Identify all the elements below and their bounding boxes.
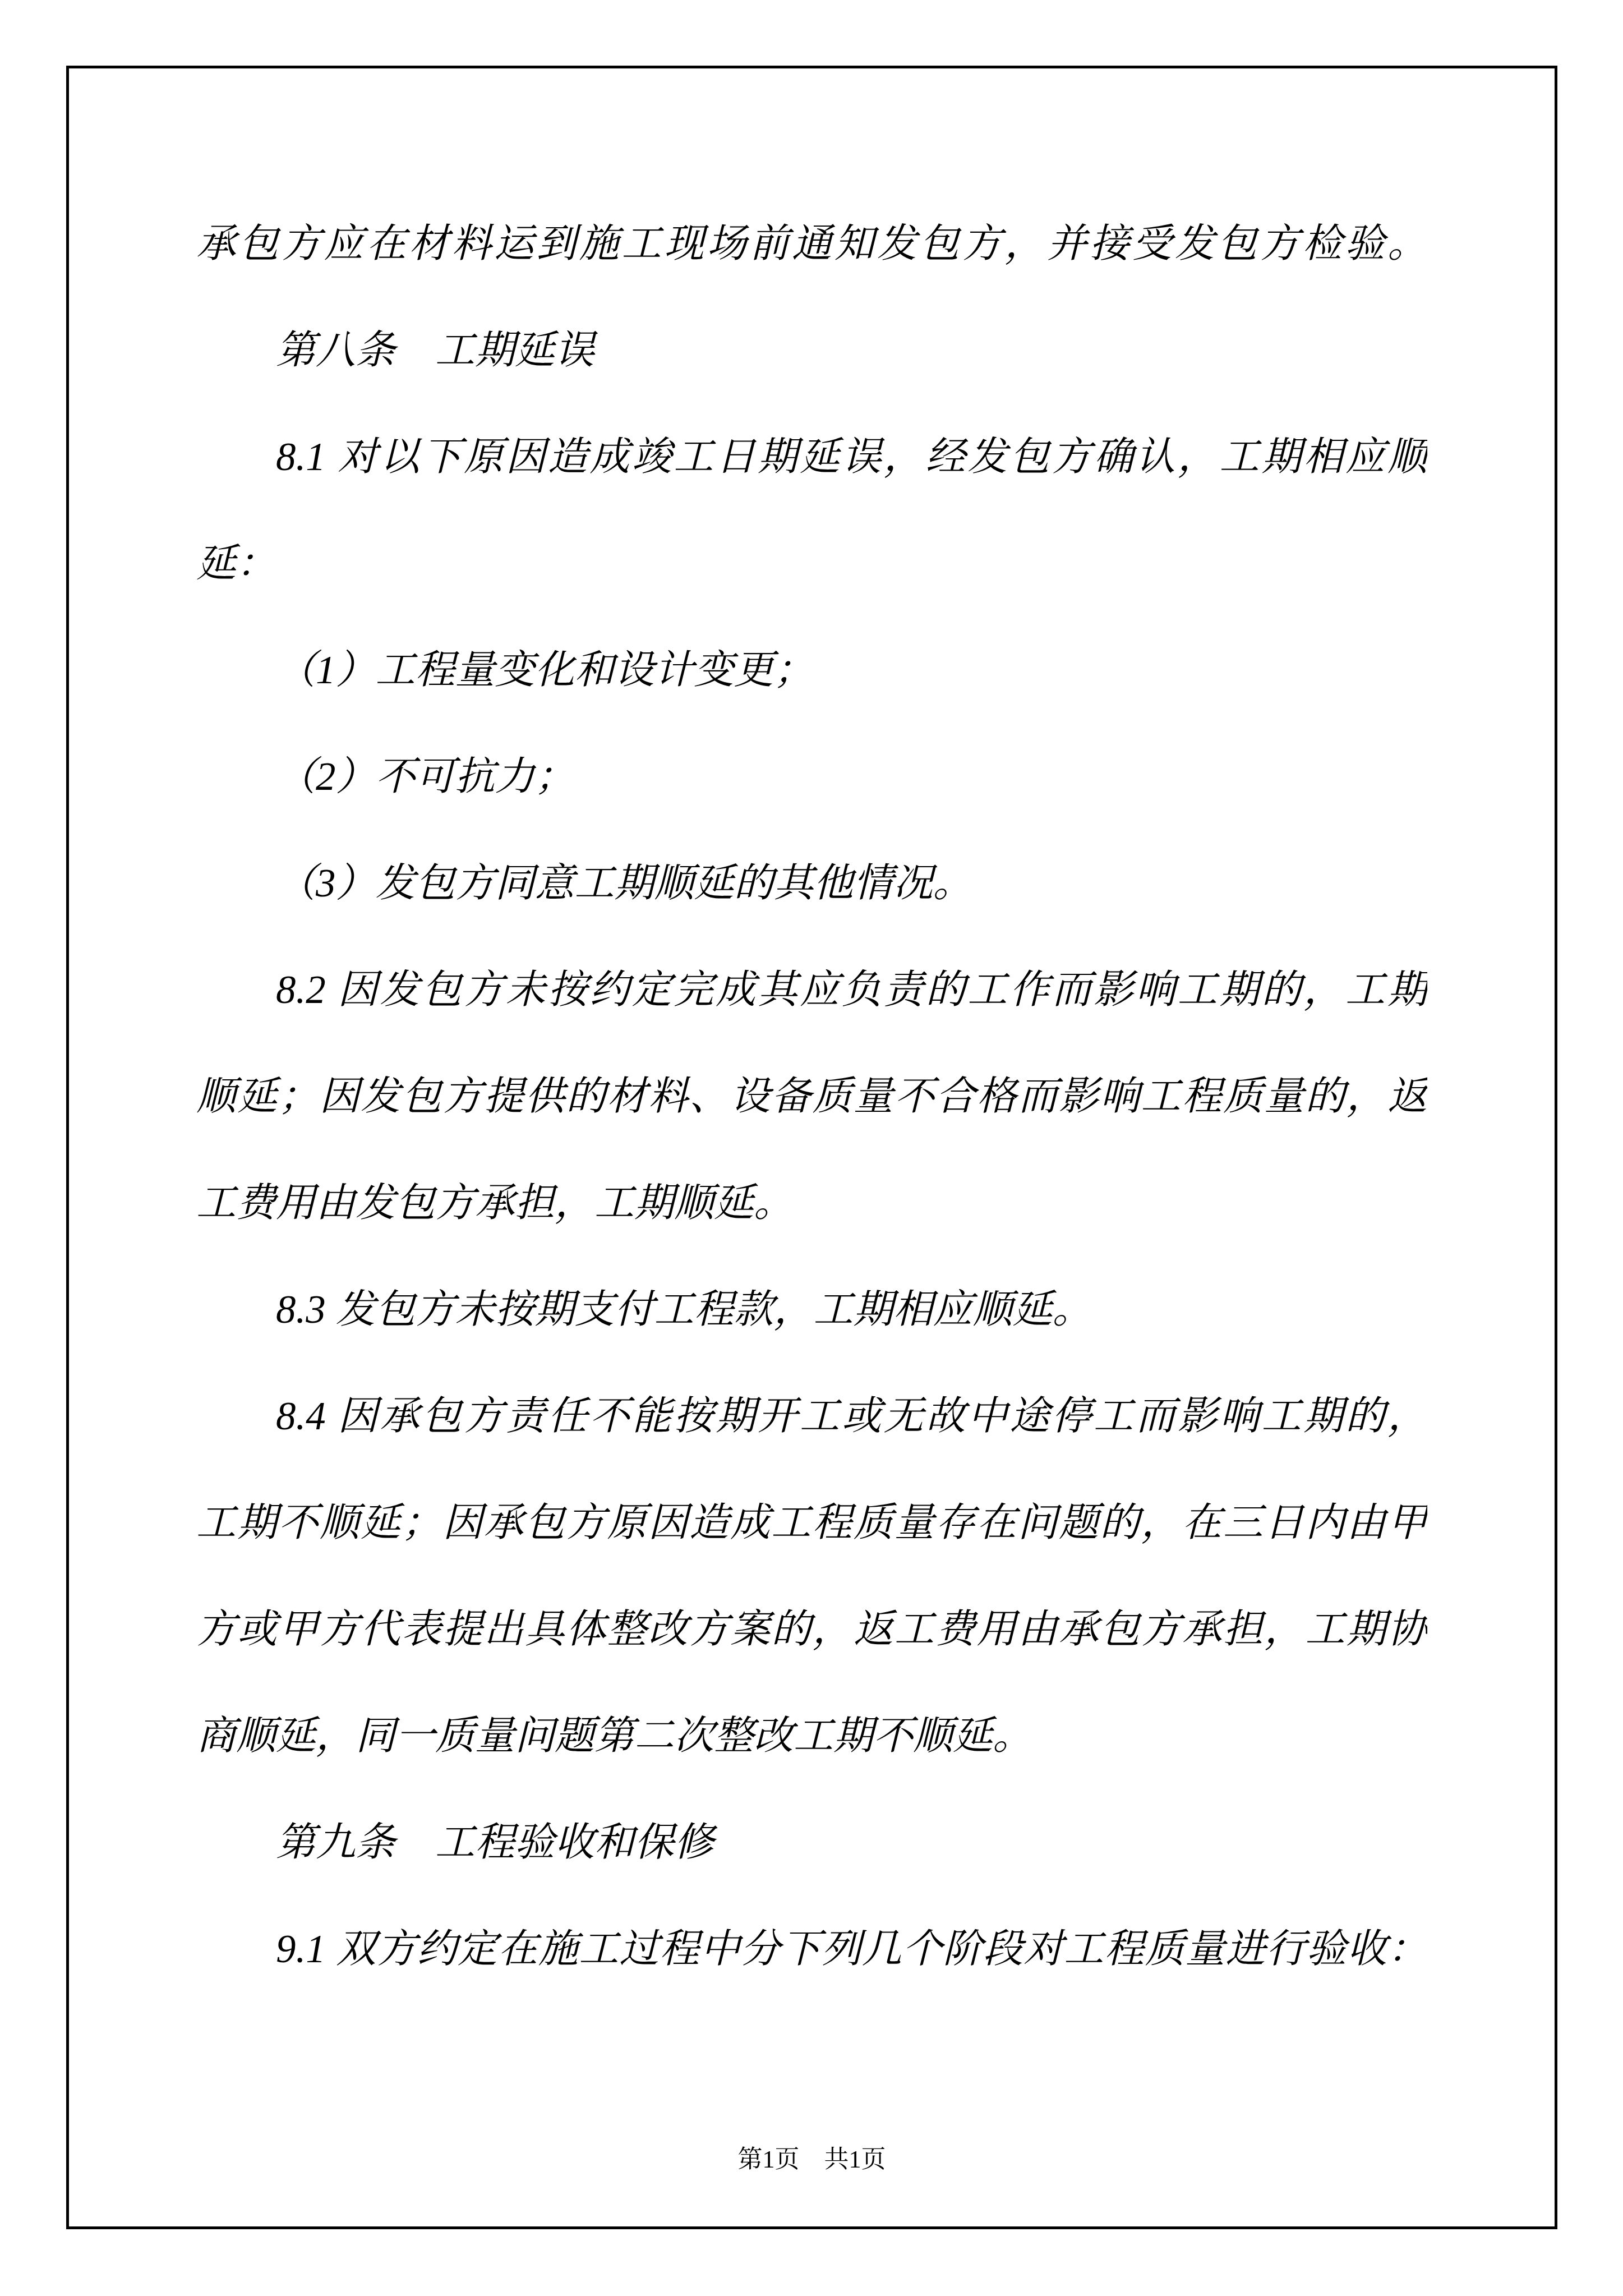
contract-line: 商顺延，同一质量问题第二次整改工期不顺延。 [196,1683,1427,1789]
contract-line: 第八条 工期延误 [196,297,1427,404]
page-number-footer: 第1页 共1页 [69,2145,1555,2175]
contract-line: 8.3 发包方未按期支付工程款，工期相应顺延。 [196,1257,1427,1363]
contract-line: 第九条 工程验收和保修 [196,1789,1427,1896]
contract-line: 8.1 对以下原因造成竣工日期延误，经发包方确认，工期相应顺 [196,404,1427,510]
contract-line: 9.1 双方约定在施工过程中分下列几个阶段对工程质量进行验收： [196,1896,1427,2003]
contract-line: 承包方应在材料运到施工现场前通知发包方，并接受发包方检验。 [196,191,1427,297]
contract-line: （2）不可抗力； [196,724,1427,830]
contract-line: 8.4 因承包方责任不能按期开工或无故中途停工而影响工期的， [196,1363,1427,1470]
contract-line: 工费用由发包方承担，工期顺延。 [196,1150,1427,1257]
document-page: 承包方应在材料运到施工现场前通知发包方，并接受发包方检验。第八条 工期延误8.1… [0,0,1623,2296]
contract-line: （1）工程量变化和设计变更； [196,617,1427,724]
contract-line: （3）发包方同意工期顺延的其他情况。 [196,830,1427,937]
contract-line: 方或甲方代表提出具体整改方案的，返工费用由承包方承担，工期协 [196,1576,1427,1683]
contract-line: 顺延；因发包方提供的材料、设备质量不合格而影响工程质量的，返 [196,1043,1427,1150]
page-border-frame: 承包方应在材料运到施工现场前通知发包方，并接受发包方检验。第八条 工期延误8.1… [66,66,1557,2229]
contract-line: 8.2 因发包方未按约定完成其应负责的工作而影响工期的，工期 [196,937,1427,1043]
contract-line: 延： [196,510,1427,617]
contract-line: 工期不顺延；因承包方原因造成工程质量存在问题的，在三日内由甲 [196,1470,1427,1576]
contract-text-block: 承包方应在材料运到施工现场前通知发包方，并接受发包方检验。第八条 工期延误8.1… [196,191,1427,2003]
